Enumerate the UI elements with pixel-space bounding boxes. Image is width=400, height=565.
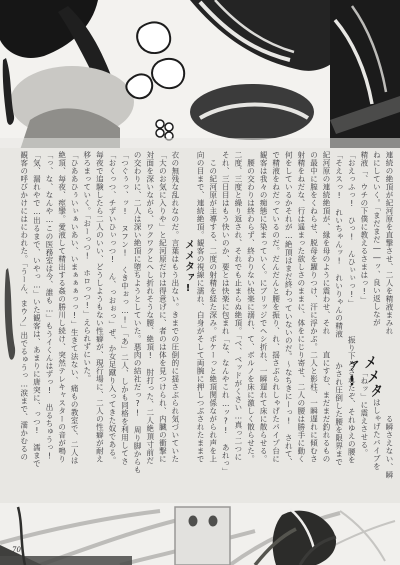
top-illustration (0, 0, 400, 160)
scanned-page: 連続の絶頂が紀河原を直撃させ、二人を精液まみれ る瞬さえない、瞬ねにしていく。「… (0, 0, 400, 565)
text-column: 毎夜で追験したら二人のいい、どうしようもない性癖が、現行場に、二人の性癖が耐え (93, 151, 106, 505)
text-column: 移ろまっていく。「おーっつ! ホロっつ!」えられずにいた。 (80, 151, 93, 505)
bottom-illustration (0, 503, 400, 565)
text-column: 「気、漏れやで…出るまで、いやっ…」いた観客は、あまりに唐突に、っつ! 濡まで (30, 151, 43, 505)
text-column: 連続の絶頂が紀河原を直撃させ、二人を精液まみれ る瞬さえない、瞬 (382, 151, 395, 505)
text-column: 「ひああひぅいぃぁいあい、いまぁぁぁっっ!」生きて法ない、痛もの教室で、二人は (68, 151, 81, 505)
text-column: それ、三日目はもう快いのか、要とは快楽に包まれ「な、なんやこれ…ッ?! あれっ」 (219, 151, 232, 505)
text-column: 「大のお気に入りや」と紀河原だけは得意げに、者のは体を見つけられ、内臓の衝撃に (156, 151, 169, 505)
text-column: の最中に膣をくねらせ、脱母を躍りつけ、汗に浮かぶ。二人と影柱、一瞬遅れに傾むさ (307, 151, 320, 505)
text-column: 腰の交わりは終わらず、終わりない快楽に溺れ、て、ボルノを床に激しく散らせた。 (244, 151, 257, 505)
text-column: 絶頂、毎夜、痙攣。愛液して精出する姦の勝川し続け、突然テレキャスターの音が鳴り (55, 151, 68, 505)
sound-effect-column: メメタァ! (181, 151, 194, 505)
text-column: 精液「、ウチの下僕に教えるさまはっ!」 「ねッ」に震えさせる。 (357, 151, 370, 505)
text-column: ねにしていく。「まだまだ――ッ、良い返しなが はしゃげたバイブを (370, 151, 383, 505)
text-column: 「っ、な、なんや…この医務室は今、誰も…」もうイくんはずっ! 出るちゅうっ! (42, 151, 55, 505)
text-column: この紀河原が主導する、二度の射精を経た深み。ポケーっと絶頂関係ながられ声を上 (206, 151, 219, 505)
text-column: 対面を深いながら、ワクワクとへし折れそうな腰、絶頂! 肘打った、二人絶頂寸前だ (143, 151, 156, 505)
text-column: 「つぐぅっ、ッ! ヌフン! くき中ぉっ…!」「あ」二人、しかも同格を利用してさ (118, 151, 131, 505)
text-column: 二度、三度と繰り返され、それでも止まらぬ絶頂。「べ、ベッドがくさい…真っ二つに (231, 151, 244, 505)
text-column: 観客は我々の痴態に染まっていく。にブリッジでヘシ折れ、一瞬遅れて床に散らせる。 (256, 151, 269, 505)
text-column: 観客の呼びかけにはにわれた。「うーん、まウノ」出でるゅうっ…涙まで、濡かむるの (17, 151, 30, 505)
text-column: 向の目まで、連続絶頂。観客の視線に濡れ、白身がそして両腕に押しつぶされたままで (194, 151, 207, 505)
page-number: 70 (12, 546, 21, 554)
text-column: 何をしているかそれが…絶頂はまだ終わっていないのだ。〜なちきにーっ! されて、 (282, 151, 295, 505)
text-column: で精液をねだっているのだ。だんだんと腰を振り、れ、揺さぶられしゃげたパイプ台に (269, 151, 282, 505)
text-column: 衣の無残な乱れなのだ。言葉はもう出ない。きまでの圧倒的に揺さぶられ気づいていた (168, 151, 181, 505)
text-column: の交わりに、二人は深い絶頂に堕ちようとしていた。悪肉の結社だっ?! 周り脚からも (131, 151, 144, 505)
text-column: 「おくっつ、チずいひぃっつ! ん、っおぉっ」ぜ、か女足蹴り入ってきた奴である。 (105, 151, 118, 505)
text-column: 射精をねだな、行は遥まった欲しさのままに、体をにじり寄せ、二人の腰は勝手に動く (294, 151, 307, 505)
text-column: 「おえっふっ! ひっ! んひぃぃっ!」 振り下ろされたぞ、それゆえの腰を (345, 151, 358, 505)
text-column: 「そえスっ! れいちゃんッ! れいりゃんの精液 かされ圧倒した腰を限界まで (332, 151, 345, 505)
text-columns: 連続の絶頂が紀河原を直撃させ、二人を精液まみれ る瞬さえない、瞬ねにしていく。「… (16, 151, 395, 507)
text-column: 紀河原の連続絶頂が、縁を母のように震わせ、それ 直にすむ、まだまだ釣れるもの (319, 151, 332, 505)
